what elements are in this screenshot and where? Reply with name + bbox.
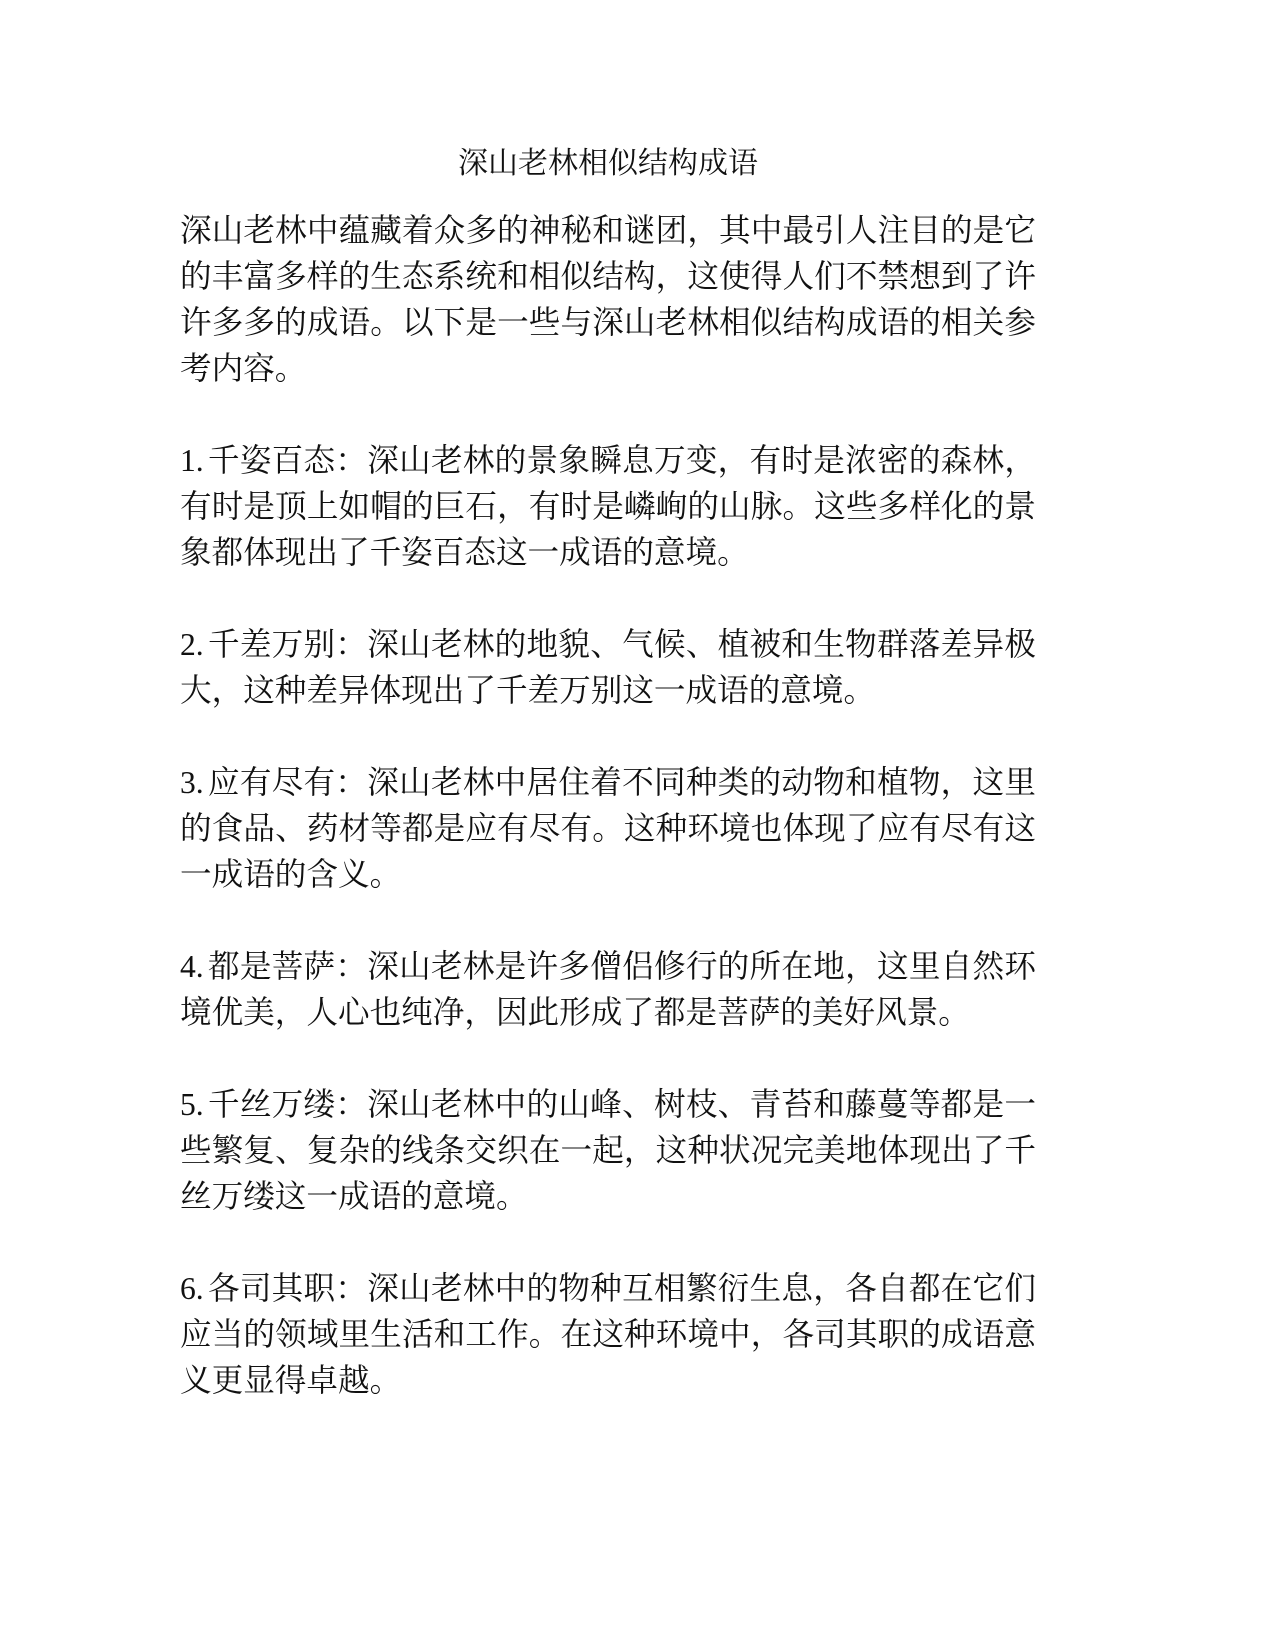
list-item: 1.千姿百态：深山老林的景象瞬息万变，有时是浓密的森林，有时是顶上如帽的巨石，有… [180,438,1036,576]
list-item: 2.千差万别：深山老林的地貌、气候、植被和生物群落差异极大，这种差异体现出了千差… [180,622,1036,714]
item-number: 4. [180,949,204,984]
item-text: 千姿百态：深山老林的景象瞬息万变，有时是浓密的森林，有时是顶上如帽的巨石，有时是… [180,443,1036,571]
list-item: 6.各司其职：深山老林中的物种互相繁衍生息，各自都在它们应当的领域里生活和工作。… [180,1266,1036,1404]
document-page: 深山老林相似结构成语 深山老林中蕴藏着众多的神秘和谜团，其中最引人注目的是它的丰… [180,140,1036,1450]
item-number: 6. [180,1271,204,1306]
item-number: 5. [180,1087,204,1122]
list-item: 4.都是菩萨：深山老林是许多僧侣修行的所在地，这里自然环境优美，人心也纯净，因此… [180,944,1036,1036]
item-number: 2. [180,627,204,662]
item-text: 千差万别：深山老林的地貌、气候、植被和生物群落差异极大，这种差异体现出了千差万别… [180,627,1036,709]
document-title: 深山老林相似结构成语 [180,140,1036,188]
item-number: 3. [180,765,204,800]
list-item: 5.千丝万缕：深山老林中的山峰、树枝、青苔和藤蔓等都是一些繁复、复杂的线条交织在… [180,1082,1036,1220]
item-text: 应有尽有：深山老林中居住着不同种类的动物和植物，这里的食品、药材等都是应有尽有。… [180,765,1036,893]
list-item: 3.应有尽有：深山老林中居住着不同种类的动物和植物，这里的食品、药材等都是应有尽… [180,760,1036,898]
intro-paragraph: 深山老林中蕴藏着众多的神秘和谜团，其中最引人注目的是它的丰富多样的生态系统和相似… [180,208,1036,392]
item-text: 千丝万缕：深山老林中的山峰、树枝、青苔和藤蔓等都是一些繁复、复杂的线条交织在一起… [180,1087,1036,1215]
item-text: 各司其职：深山老林中的物种互相繁衍生息，各自都在它们应当的领域里生活和工作。在这… [180,1271,1036,1399]
item-number: 1. [180,443,204,478]
item-text: 都是菩萨：深山老林是许多僧侣修行的所在地，这里自然环境优美，人心也纯净，因此形成… [180,949,1036,1031]
